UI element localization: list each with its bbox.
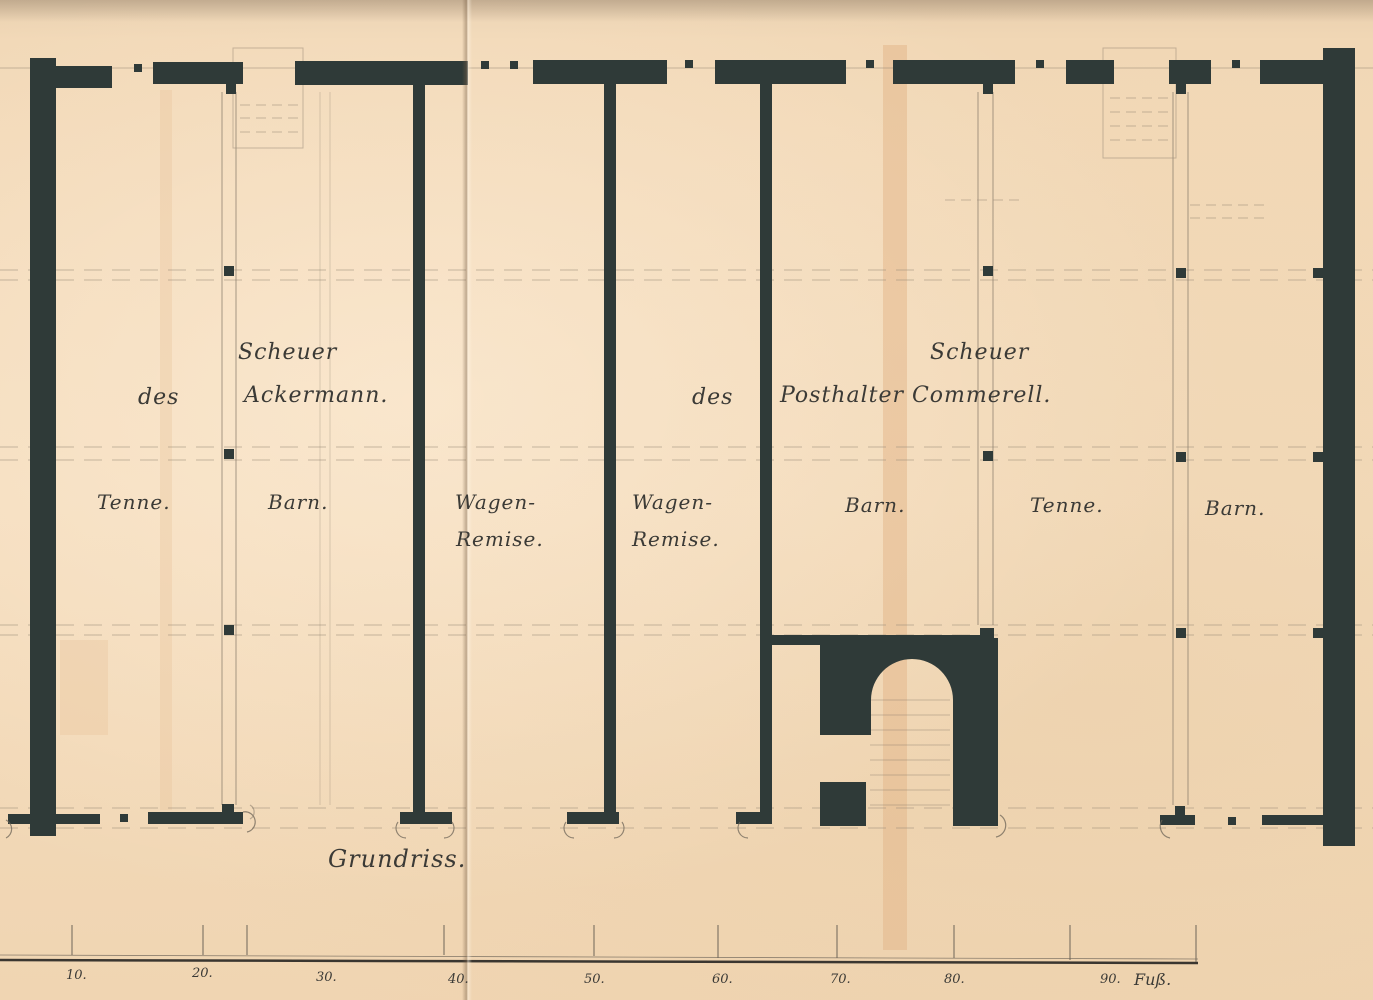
room-label-barn-right: Barn. (1205, 496, 1265, 520)
scale-tick-40: 40. (448, 972, 469, 987)
owner-left-line1: Scheuer (238, 340, 337, 365)
scale-tick-10: 10. (66, 968, 87, 983)
room-label-wagenremise-1-line2: Remise. (456, 527, 544, 551)
owner-right-name: Posthalter Commerell. (780, 383, 1051, 408)
left-outer-wall (30, 58, 56, 836)
scale-tick-50: 50. (584, 972, 605, 987)
owner-right-line1: Scheuer (930, 340, 1029, 365)
room-label-wagenremise-2-line2: Remise. (632, 527, 720, 551)
partition-wall-3 (760, 84, 772, 824)
room-label-barn-center: Barn. (845, 493, 905, 517)
scale-tick-80: 80. (944, 972, 965, 987)
right-outer-wall (1323, 48, 1355, 846)
room-label-tenne-right: Tenne. (1030, 493, 1104, 517)
scale-tick-70: 70. (830, 972, 851, 987)
pencil-guide-lines (0, 68, 1373, 828)
scale-unit: Fuß. (1134, 970, 1171, 989)
timber-frame-lines (222, 48, 1270, 805)
arch-pier-block (820, 782, 866, 826)
scale-tick-20: 20. (192, 966, 213, 981)
room-label-wagenremise-2-line1: Wagen- (632, 490, 713, 514)
partition-wall-1 (413, 84, 425, 814)
owner-left-name: Ackermann. (244, 383, 388, 408)
drawing-title: Grundriss. (328, 845, 466, 873)
room-label-barn-left: Barn. (268, 490, 328, 514)
scale-tick-90: 90. (1100, 972, 1121, 987)
scale-tick-60: 60. (712, 972, 733, 987)
partition-wall-2 (604, 84, 616, 814)
scale-bar (0, 925, 1198, 963)
room-label-tenne-left: Tenne. (97, 490, 171, 514)
owner-left-prefix: des (138, 385, 179, 410)
room-label-wagenremise-1-line1: Wagen- (455, 490, 536, 514)
owner-right-prefix: des (692, 385, 733, 410)
scale-tick-30: 30. (316, 970, 337, 985)
